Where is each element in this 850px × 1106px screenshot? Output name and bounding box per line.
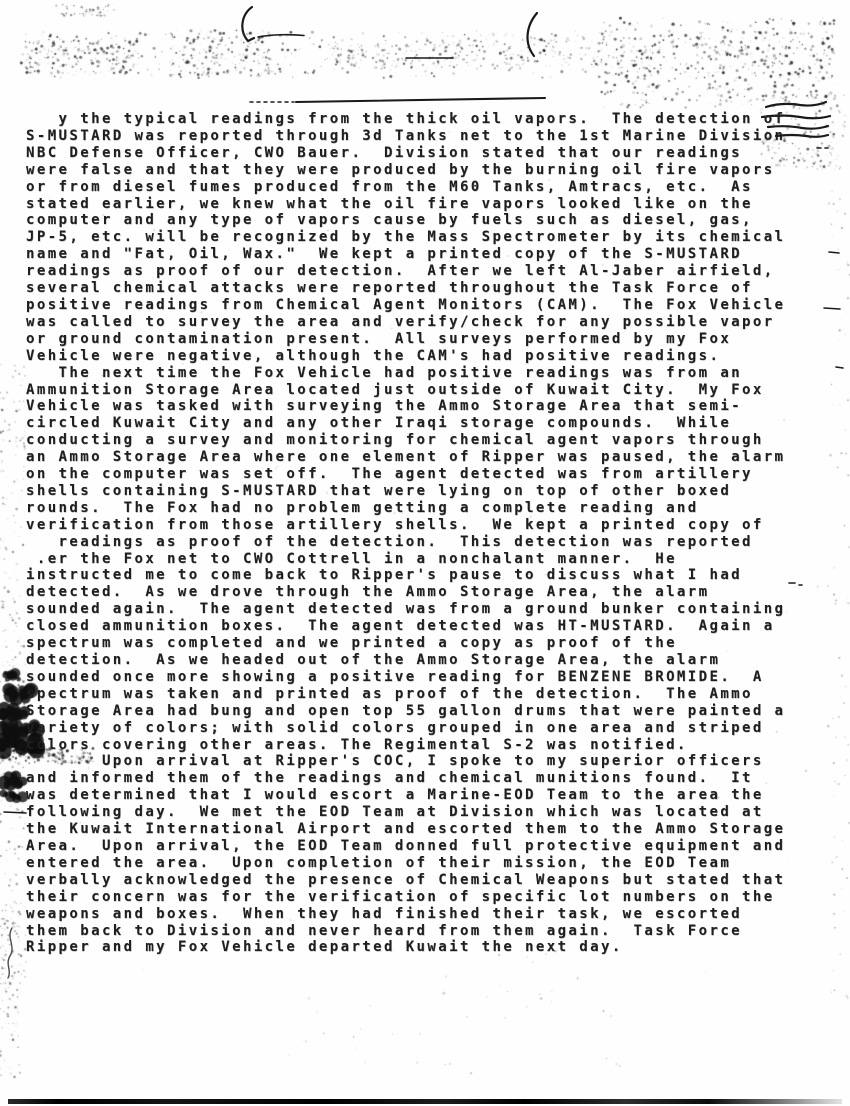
scan-edge-artifact <box>8 1099 842 1104</box>
scanned-document-page: y the typical readings from the thick oi… <box>0 0 850 1106</box>
document-body-text: y the typical readings from the thick oi… <box>26 111 785 956</box>
